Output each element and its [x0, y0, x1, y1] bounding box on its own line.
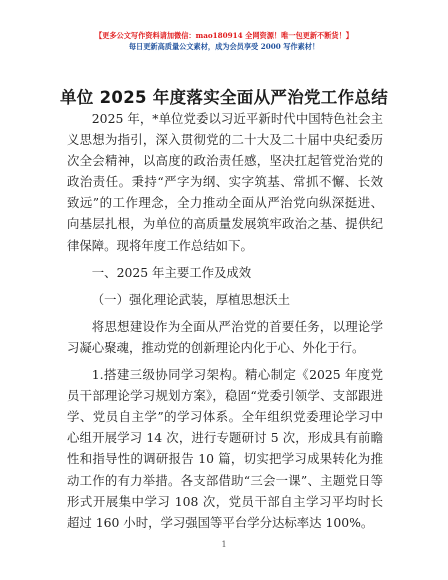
- document-page: 【更多公文写作资料请加微信：mao180914 全网资源！唯一包更新不断货！】 …: [0, 0, 448, 580]
- page-number: 1: [0, 540, 448, 549]
- promo-banner: 【更多公文写作资料请加微信：mao180914 全网资源！唯一包更新不断货！】 …: [0, 30, 448, 52]
- item-paragraph: 1.搭建三级协同学习架构。精心制定《2025 年度党员干部理论学习规划方案》，稳…: [67, 364, 383, 533]
- intro-paragraph: 2025 年，*单位党委以习近平新时代中国特色社会主义思想为指引，深入贯彻党的二…: [67, 108, 383, 256]
- document-body: 2025 年，*单位党委以习近平新时代中国特色社会主义思想为指引，深入贯彻党的二…: [67, 108, 383, 533]
- promo-banner-line2: 每日更新高质量公文素材，成为会员享受 2000 写作素材！: [0, 41, 448, 52]
- subsection-heading: （一）强化理论武装，厚植思想沃土: [67, 289, 383, 310]
- document-title: 单位 2025 年度落实全面从严治党工作总结: [0, 84, 448, 108]
- section-heading: 一、2025 年主要工作及成效: [67, 262, 383, 283]
- subsection-paragraph: 将思想建设作为全面从严治党的首要任务，以理论学习凝心聚魂，推动党的创新理论内化于…: [67, 316, 383, 358]
- promo-banner-line1: 【更多公文写作资料请加微信：mao180914 全网资源！唯一包更新不断货！】: [0, 30, 448, 41]
